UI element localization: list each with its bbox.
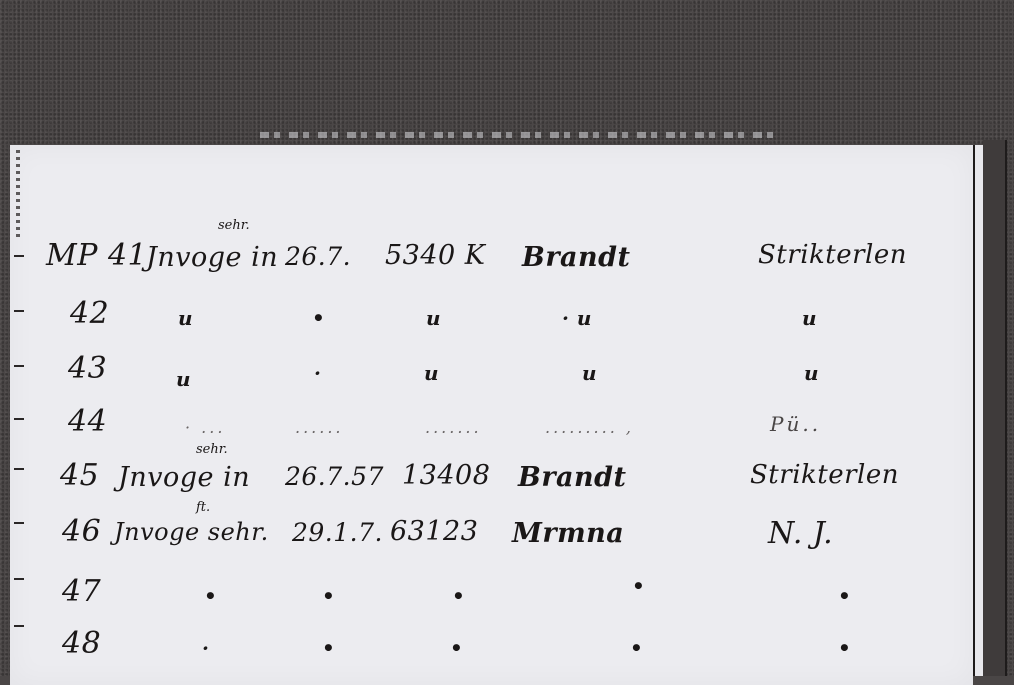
- entry-serial: u: [424, 361, 439, 385]
- ledger-row: 42 u • u · u u: [0, 290, 1014, 340]
- type-note: ft.: [196, 500, 210, 515]
- ledger-row: 44 · ... ...... ....... ......... , Pü..: [0, 398, 1014, 448]
- entry-date: ·: [314, 361, 321, 385]
- entry-place: Pü..: [770, 412, 821, 436]
- ledger-table: sehr. MP 41 Jnvoge in 26.7. 5340 K Brand…: [0, 0, 1014, 676]
- entry-serial: .......: [425, 418, 482, 437]
- entry-date: •: [322, 584, 335, 608]
- entry-date: 26.7.57: [285, 462, 384, 491]
- entry-number: 42: [70, 296, 109, 331]
- entry-model: ......... ,: [545, 418, 634, 437]
- type-note: sehr.: [218, 218, 250, 233]
- entry-date: •: [312, 306, 325, 330]
- entry-place: Strikterlen: [750, 460, 899, 490]
- entry-number: 43: [68, 351, 107, 386]
- entry-number: 46: [62, 514, 101, 549]
- entry-serial: 13408: [402, 460, 490, 491]
- entry-type: Jnvoge sehr.: [114, 518, 269, 546]
- entry-number: 44: [68, 404, 107, 439]
- entry-place: u: [804, 361, 819, 385]
- entry-number: 48: [62, 626, 101, 661]
- entry-serial: •: [450, 636, 463, 660]
- entry-model: Mrmna: [512, 518, 624, 549]
- ledger-row: sehr. MP 41 Jnvoge in 26.7. 5340 K Brand…: [0, 232, 1014, 282]
- entry-type: · ...: [185, 418, 225, 437]
- ledger-row: ft. 46 Jnvoge sehr. 29.1.7. 63123 Mrmna …: [0, 508, 1014, 558]
- ledger-row: 47 • • • • •: [0, 568, 1014, 618]
- entry-type: Jnvoge in: [146, 242, 278, 273]
- entry-model: Brandt: [518, 462, 627, 493]
- entry-date: ......: [295, 418, 344, 437]
- entry-number: MP 41: [46, 238, 147, 273]
- ledger-row: sehr. 45 Jnvoge in 26.7.57 13408 Brandt …: [0, 452, 1014, 502]
- entry-place: u: [802, 306, 817, 330]
- entry-serial: •: [452, 584, 465, 608]
- entry-number: 45: [60, 458, 99, 493]
- entry-type: Jnvoge in: [118, 462, 250, 493]
- entry-model: •: [632, 574, 645, 598]
- entry-type: u: [178, 306, 193, 330]
- entry-model: •: [630, 636, 643, 660]
- entry-number: 47: [62, 574, 101, 609]
- entry-type: ·: [202, 636, 209, 660]
- entry-place: •: [838, 636, 851, 660]
- entry-date: 29.1.7.: [292, 518, 383, 547]
- entry-place: N. J.: [768, 516, 833, 551]
- entry-model: Brandt: [522, 242, 631, 273]
- entry-model: · u: [562, 306, 592, 330]
- ledger-row: 43 u · u u u: [0, 345, 1014, 395]
- entry-type: u: [176, 367, 191, 391]
- ledger-row: 48 · • • • •: [0, 620, 1014, 670]
- entry-serial: u: [426, 306, 441, 330]
- entry-place: •: [838, 584, 851, 608]
- entry-serial: 5340 K: [385, 240, 485, 271]
- entry-date: •: [322, 636, 335, 660]
- entry-model: u: [582, 361, 597, 385]
- entry-type: •: [204, 584, 217, 608]
- entry-serial: 63123: [390, 516, 478, 547]
- entry-place: Strikterlen: [758, 240, 907, 270]
- entry-date: 26.7.: [285, 242, 351, 271]
- type-note: sehr.: [196, 442, 228, 457]
